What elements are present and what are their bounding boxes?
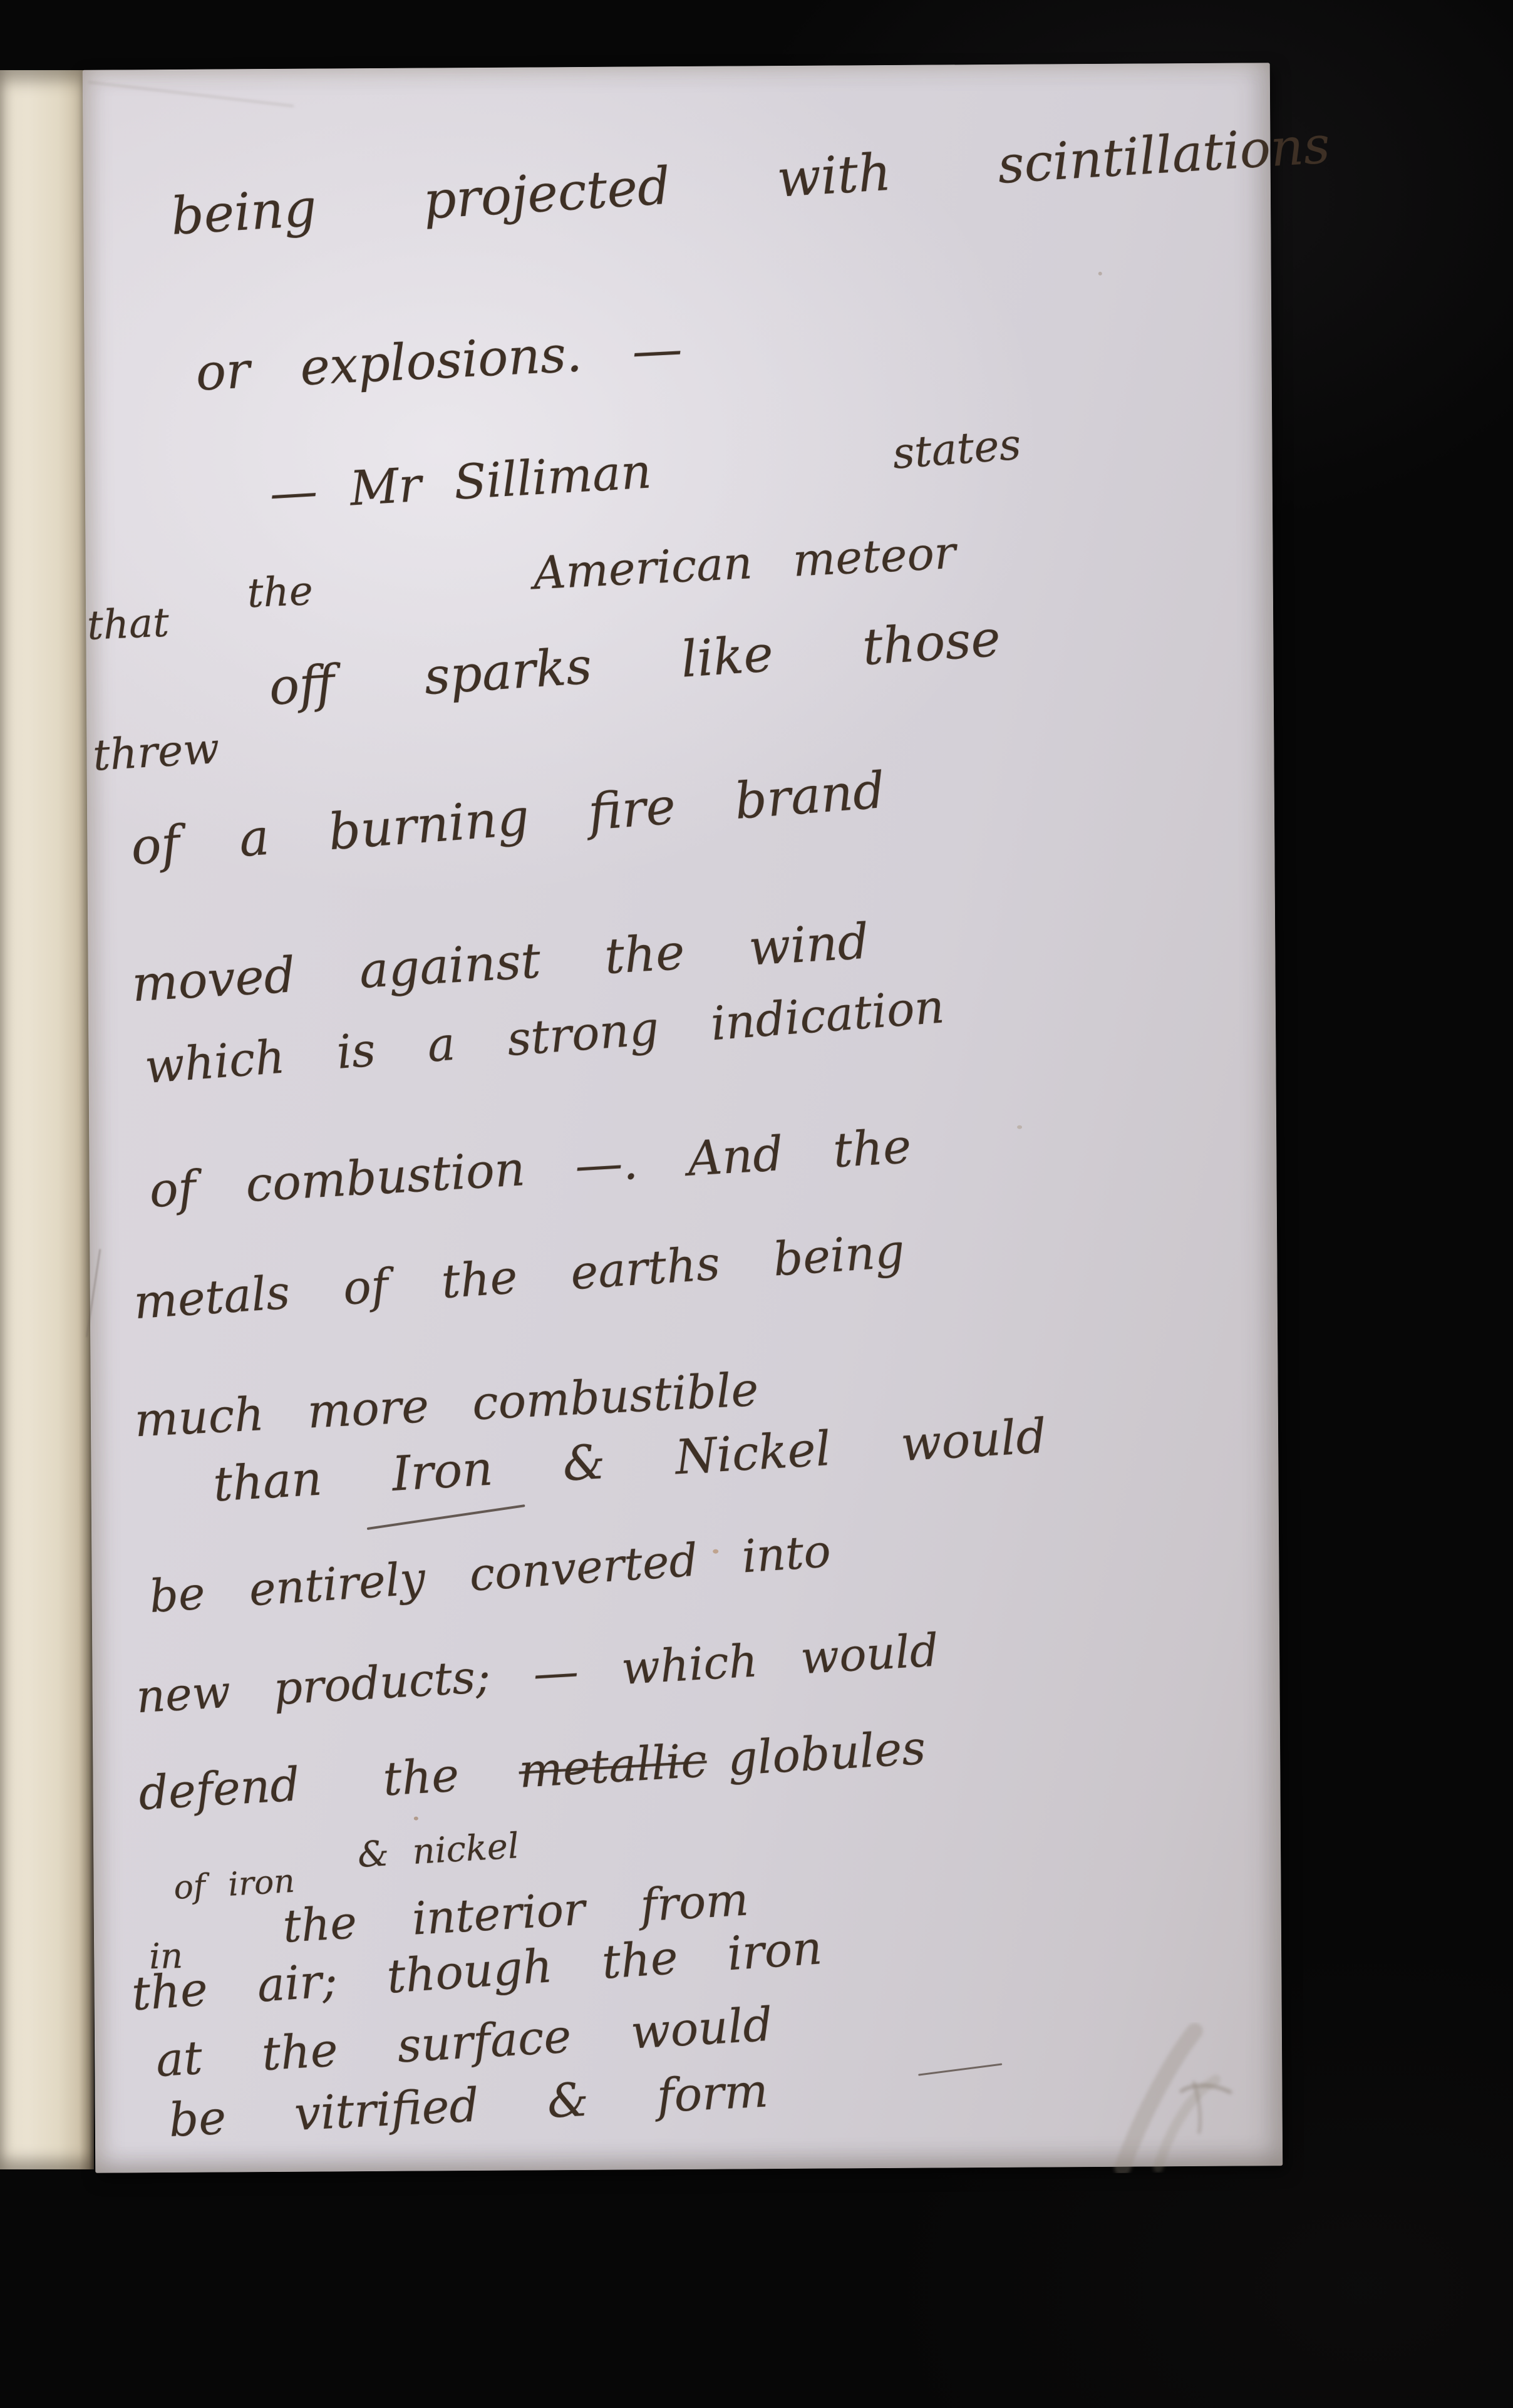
insertion-line: & nickel xyxy=(357,1829,520,1873)
paper-speck xyxy=(713,1549,718,1554)
handwriting-line: states xyxy=(891,423,1023,475)
handwriting-line: American meteor xyxy=(532,530,957,596)
handwriting-line: being projected with scintillations xyxy=(170,120,1331,243)
paper-speck xyxy=(1098,272,1102,276)
handwriting-line: or explosions. — xyxy=(195,324,684,398)
handwriting-line: of combustion —. And the xyxy=(148,1122,912,1214)
handwriting-line: — Mr Silliman xyxy=(269,447,653,517)
paper-speck xyxy=(414,1817,418,1821)
handwriting-line: new products; — which would xyxy=(135,1627,940,1719)
handwriting-line: that xyxy=(86,602,170,646)
handwriting-text: globules xyxy=(726,1721,927,1786)
handwriting-line: defend themetallicglobules xyxy=(137,1725,927,1817)
adjacent-page-edge xyxy=(0,70,94,2169)
handwriting-line: threw xyxy=(91,728,220,778)
struck-word: metallic xyxy=(517,1734,708,1798)
paper-speck xyxy=(1017,1125,1022,1129)
paper-crease xyxy=(88,81,294,107)
handwriting-line: off sparks like those xyxy=(267,614,1002,713)
handwriting-line: be entirely converted into xyxy=(148,1528,832,1619)
handwriting-line: of a burning fire brand xyxy=(129,765,886,872)
handwriting-line: the xyxy=(247,571,314,614)
handwriting-text: defend the xyxy=(137,1748,460,1821)
insertion-line: of iron xyxy=(173,1865,296,1904)
trailing-ink-dash xyxy=(918,2063,1002,2075)
ink-underline-stroke xyxy=(367,1504,525,1530)
handwriting-line: metals of the earths being xyxy=(132,1228,906,1326)
manuscript-page: being projected with scintillations or e… xyxy=(83,63,1283,2173)
pencil-smudge xyxy=(1087,2022,1269,2173)
